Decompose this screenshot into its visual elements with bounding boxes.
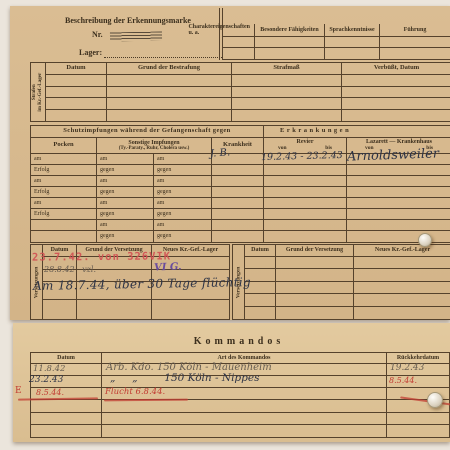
empty-cell bbox=[275, 257, 353, 269]
impf-row-label: am bbox=[31, 176, 96, 187]
empty-cell bbox=[245, 307, 275, 319]
impf-row-label: gegen bbox=[96, 187, 153, 198]
scanned-pow-record-card: Beschreibung der Erkennungsmarke Nr. Lag… bbox=[0, 0, 450, 450]
empty-cell bbox=[379, 37, 450, 48]
kommando-row-rueckkehr: 8.5.44. bbox=[389, 376, 417, 385]
empty-cell bbox=[386, 413, 449, 425]
revier-dates-handwriting: 19.2.43 - 23.2.43 bbox=[261, 150, 343, 163]
empty-cell bbox=[263, 231, 346, 242]
kommando-row-art: Flucht 6.8.44. bbox=[105, 387, 165, 397]
empty-cell bbox=[151, 300, 229, 319]
empty-cell bbox=[346, 165, 450, 176]
new-camp-entry: VI G. bbox=[154, 262, 182, 274]
empty-cell bbox=[211, 198, 263, 209]
impf-row-label: gegen bbox=[96, 231, 153, 242]
empty-cell bbox=[46, 98, 106, 110]
empty-cell bbox=[101, 400, 386, 412]
empty-cell bbox=[353, 294, 450, 306]
empty-cell bbox=[263, 220, 346, 231]
impf-row-label: gegen bbox=[153, 187, 211, 198]
empty-cell bbox=[379, 48, 450, 60]
strafen-table: Strafen im Kr.-Gef.-Lager Datum Grund de… bbox=[30, 62, 450, 122]
krankheit-entry-handwriting: J. B. bbox=[210, 147, 231, 159]
impf-row-label: gegen bbox=[96, 209, 153, 220]
impf-row-label: am bbox=[96, 198, 153, 209]
kommando-row-datum: 11.8.42 bbox=[33, 364, 65, 374]
empty-cell bbox=[222, 37, 254, 48]
empty-cell bbox=[231, 110, 341, 122]
empty-cell bbox=[231, 98, 341, 110]
empty-cell bbox=[353, 269, 450, 281]
empty-cell bbox=[46, 87, 106, 99]
col-datum: Datum bbox=[245, 245, 275, 257]
empty-cell bbox=[245, 257, 275, 269]
empty-cell bbox=[263, 176, 346, 187]
col-grund-versetzung: Grund der Versetzung bbox=[275, 245, 353, 257]
empty-cell bbox=[275, 307, 353, 319]
col-sonstige-impfungen: Sonstige Impfungen (Ty.-Paraty., Ruhr, C… bbox=[96, 138, 211, 154]
kommando-row-datum: 8.5.44. bbox=[36, 388, 64, 397]
impf-row-label: am bbox=[153, 198, 211, 209]
empty-cell bbox=[386, 425, 449, 437]
empty-cell bbox=[106, 98, 231, 110]
empty-cell bbox=[346, 198, 450, 209]
empty-cell bbox=[275, 282, 353, 294]
impf-row-label bbox=[31, 231, 96, 242]
empty-cell bbox=[106, 75, 231, 87]
empty-cell bbox=[106, 110, 231, 122]
impf-row-label: gegen bbox=[96, 165, 153, 176]
sonstige-line2: (Ty.-Paraty., Ruhr, Cholera usw.) bbox=[119, 146, 190, 151]
empty-cell bbox=[353, 282, 450, 294]
empty-cell bbox=[31, 413, 101, 425]
nr-scribble-mark bbox=[110, 32, 162, 42]
empty-cell bbox=[46, 75, 106, 87]
empty-cell bbox=[263, 198, 346, 209]
empty-cell bbox=[324, 48, 379, 60]
col-verbuesst-datum: Verbüßt, Datum bbox=[341, 63, 450, 75]
col-grund-bestrafung: Grund der Bestrafung bbox=[106, 63, 231, 75]
kommando-row-datum: 23.2.43 bbox=[29, 375, 63, 385]
empty-cell bbox=[341, 87, 450, 99]
empty-cell bbox=[263, 209, 346, 220]
impf-row-label: Erfolg bbox=[31, 187, 96, 198]
empty-cell bbox=[101, 425, 386, 437]
empty-cell bbox=[353, 307, 450, 319]
impfungen-erkrankungen-table: Schutzimpfungen während der Gefangenscha… bbox=[30, 125, 450, 243]
empty-cell bbox=[46, 110, 106, 122]
empty-cell bbox=[275, 294, 353, 306]
strafen-side-line2: im Kr.-Gef.-Lager bbox=[38, 73, 44, 112]
impf-row-label: gegen bbox=[153, 165, 211, 176]
empty-cell bbox=[106, 87, 231, 99]
empty-cell bbox=[263, 165, 346, 176]
empty-cell bbox=[324, 37, 379, 48]
col-datum: Datum bbox=[46, 63, 106, 75]
empty-cell bbox=[211, 187, 263, 198]
empty-cell bbox=[346, 187, 450, 198]
lager-blank-line bbox=[104, 49, 222, 58]
impf-row-label: am bbox=[96, 176, 153, 187]
empty-cell bbox=[263, 187, 346, 198]
empty-cell bbox=[211, 220, 263, 231]
empty-cell bbox=[346, 209, 450, 220]
lazarett-entry-handwriting: Arnoldsweiler bbox=[347, 146, 439, 164]
kommando-row-rueckkehr: 19.2.43 bbox=[390, 363, 424, 373]
empty-cell bbox=[341, 98, 450, 110]
col-pocken: Pocken bbox=[31, 138, 96, 154]
empty-cell bbox=[245, 294, 275, 306]
empty-cell bbox=[101, 413, 386, 425]
nr-label: Nr. bbox=[92, 30, 103, 39]
impf-row-label: gegen bbox=[153, 231, 211, 242]
kommando-row-art: „ „ 150 Köln - Nippes bbox=[110, 372, 259, 384]
empty-cell bbox=[31, 425, 101, 437]
transfer-pencil-note: 28.8.42 vzl. bbox=[44, 265, 96, 274]
impf-row-label: Erfolg bbox=[31, 209, 96, 220]
empty-cell bbox=[341, 75, 450, 87]
paper-fastener-pin bbox=[427, 392, 443, 408]
impf-row-label: am bbox=[153, 220, 211, 231]
empty-cell bbox=[43, 300, 76, 319]
empty-cell bbox=[31, 400, 101, 412]
empty-cell bbox=[211, 176, 263, 187]
transfer-stamp: 23.7.42. von 326VIK bbox=[32, 250, 171, 263]
kommandos-title: Kommandos bbox=[30, 336, 448, 347]
col-sprachkenntnisse: Sprachkenntnisse bbox=[324, 24, 379, 37]
col-fuehrung: Führung bbox=[379, 24, 450, 37]
strafen-side-line1: Strafen bbox=[32, 73, 38, 112]
impf-row-label: am bbox=[153, 176, 211, 187]
col-datum: Datum bbox=[31, 353, 101, 364]
col-besondere-faehigkeiten: Besondere Fähigkeiten bbox=[254, 24, 324, 37]
impf-row-label: am bbox=[96, 220, 153, 231]
empty-cell bbox=[254, 37, 324, 48]
empty-cell bbox=[211, 231, 263, 242]
empty-cell bbox=[254, 48, 324, 60]
empty-cell bbox=[231, 87, 341, 99]
empty-cell bbox=[76, 300, 151, 319]
versetzungen-table-right: Versetzungen Datum Grund der Versetzung … bbox=[232, 244, 450, 320]
empty-cell bbox=[275, 269, 353, 281]
empty-cell bbox=[231, 75, 341, 87]
impf-row-label bbox=[31, 220, 96, 231]
impf-row-label: Erfolg bbox=[31, 165, 96, 176]
empty-cell bbox=[346, 231, 450, 242]
empty-cell bbox=[341, 110, 450, 122]
empty-cell bbox=[353, 257, 450, 269]
strafen-side-label: Strafen im Kr.-Gef.-Lager bbox=[31, 63, 46, 121]
impf-row-label: am bbox=[31, 198, 96, 209]
empty-cell bbox=[346, 220, 450, 231]
paper-fastener-pin bbox=[418, 233, 432, 247]
impf-row-label: am bbox=[96, 154, 153, 165]
empty-cell bbox=[211, 209, 263, 220]
empty-cell bbox=[222, 48, 254, 60]
lager-label: Lager: bbox=[79, 48, 102, 57]
kommando-row-margin-mark: E bbox=[15, 386, 22, 396]
erkrankungen-band: Erkrankungen bbox=[263, 126, 450, 138]
eigenschaften-table: Charaktereigenschaften u. a. Besondere F… bbox=[222, 24, 450, 60]
schutzimpfungen-band: Schutzimpfungen während der Gefangenscha… bbox=[31, 126, 263, 138]
impf-row-label: am bbox=[31, 154, 96, 165]
empty-cell bbox=[346, 176, 450, 187]
col-strafmass: Strafmaß bbox=[231, 63, 341, 75]
impf-row-label: gegen bbox=[153, 209, 211, 220]
empty-cell bbox=[211, 165, 263, 176]
impf-row-label: am bbox=[153, 154, 211, 165]
col-charaktereigenschaften: Charaktereigenschaften u. a. bbox=[222, 24, 254, 37]
col-neues-lager: Neues Kr.-Gef.-Lager bbox=[353, 245, 450, 257]
